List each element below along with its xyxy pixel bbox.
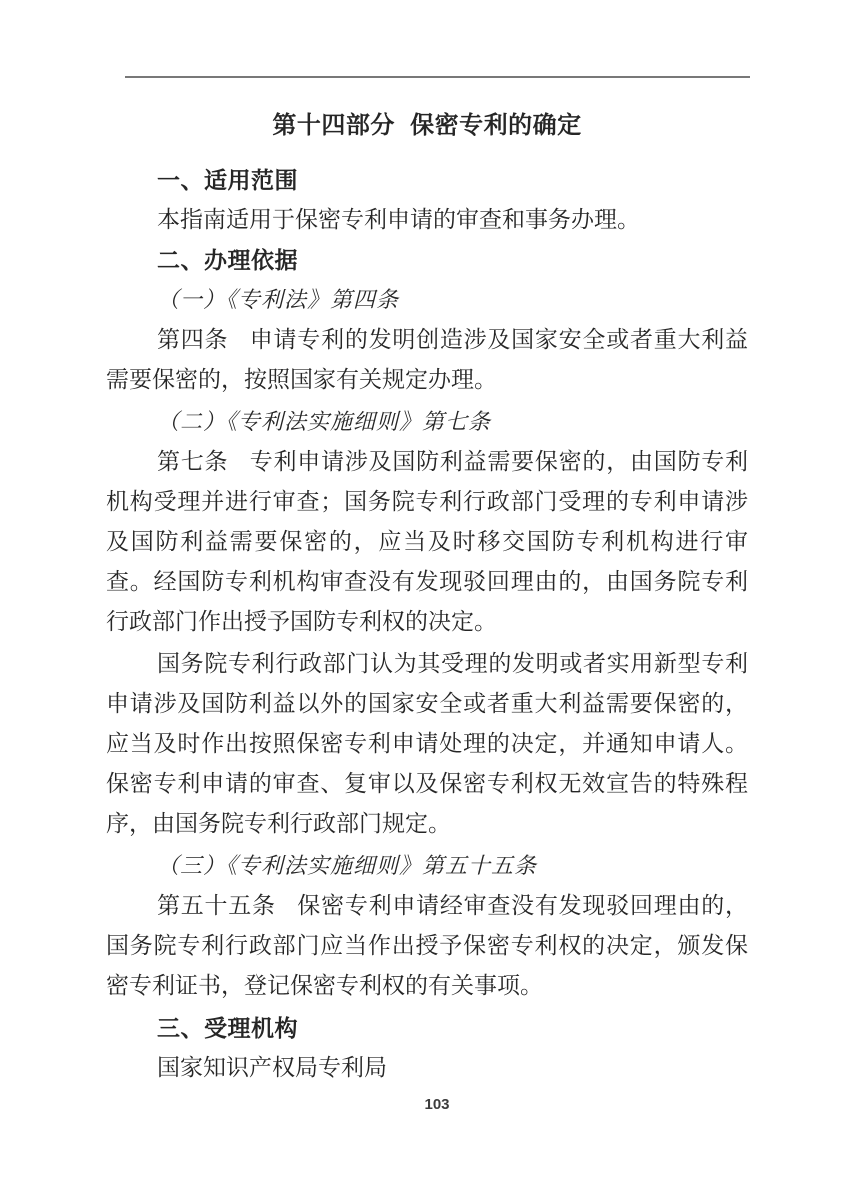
section-heading-handling-basis: 二、办理依据 (106, 240, 748, 280)
subsection-heading-implementing-rules-article-55: （三）《专利法实施细则》第五十五条 (106, 846, 748, 886)
subsection-heading-implementing-rules-article-7: （二）《专利法实施细则》第七条 (106, 402, 748, 442)
paragraph-article-7-part-2: 国务院专利行政部门认为其受理的发明或者实用新型专利申请涉及国防利益以外的国家安全… (106, 644, 748, 844)
paragraph-article-4: 第四条 申请专利的发明创造涉及国家安全或者重大利益需要保密的，按照国家有关规定办… (106, 320, 748, 400)
document-body: 第十四部分 保密专利的确定 一、适用范围 本指南适用于保密专利申请的审查和事务办… (106, 106, 748, 1088)
subsection-heading-patent-law-article-4: （一）《专利法》第四条 (106, 280, 748, 320)
section-heading-applicable-scope: 一、适用范围 (106, 160, 748, 200)
paragraph-accepting-authority: 国家知识产权局专利局 (106, 1048, 748, 1088)
header-rule (125, 76, 750, 78)
page-number: 103 (424, 1096, 449, 1114)
paragraph-scope: 本指南适用于保密专利申请的审查和事务办理。 (106, 200, 748, 240)
document-page: 第十四部分 保密专利的确定 一、适用范围 本指南适用于保密专利申请的审查和事务办… (0, 0, 849, 1200)
section-heading-accepting-authority: 三、受理机构 (106, 1008, 748, 1048)
part-title: 第十四部分 保密专利的确定 (106, 106, 748, 146)
paragraph-article-55: 第五十五条 保密专利申请经审查没有发现驳回理由的，国务院专利行政部门应当作出授予… (106, 886, 748, 1006)
paragraph-article-7-part-1: 第七条 专利申请涉及国防利益需要保密的，由国防专利机构受理并进行审查；国务院专利… (106, 442, 748, 642)
